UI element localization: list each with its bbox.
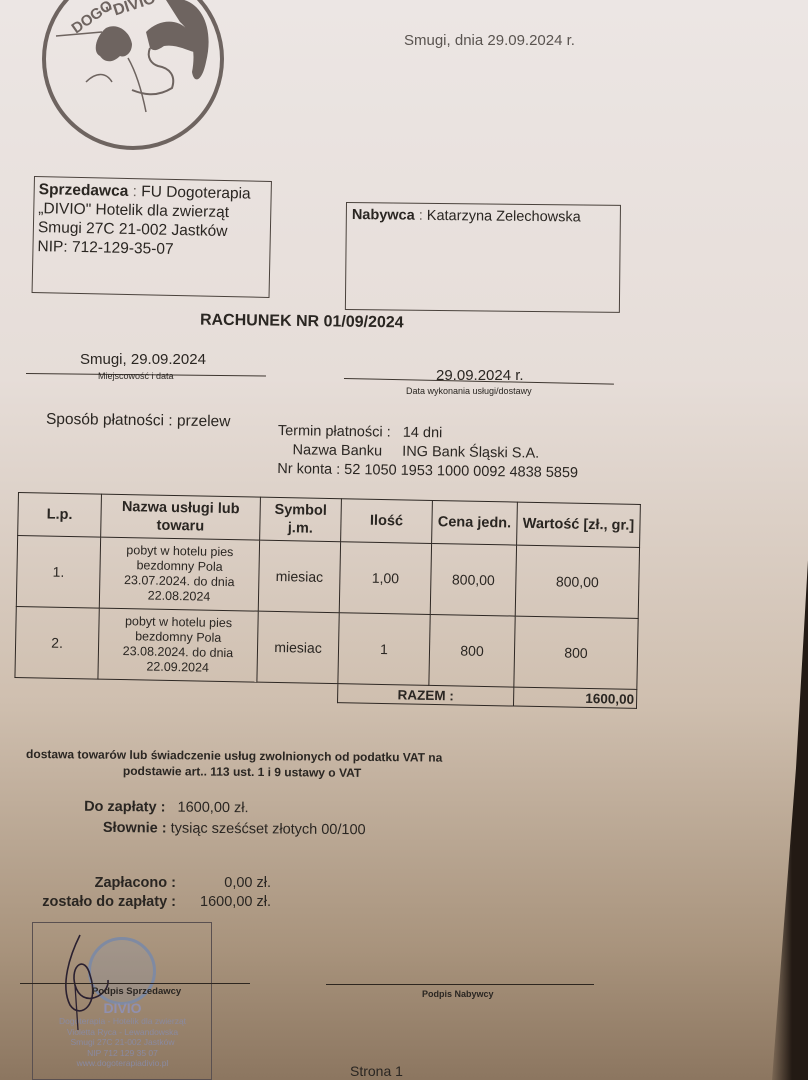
payment-method-value: przelew [177,413,231,431]
col-value: Wartość [zł., gr.] [517,502,641,547]
cell-price: 800,00 [430,543,516,616]
total-value: 1600,00 [513,687,636,708]
amount-due: Do zapłaty : 1600,00 zł. Słownie : tysią… [84,797,366,841]
account-number: 52 1050 1953 1000 0092 4838 5859 [344,462,578,481]
desc-line: pobyt w hotelu pies [103,543,257,561]
stamp-line: NIP 712 129 35 07 [30,1048,215,1059]
col-name: Nazwa usługi lub towaru [101,494,261,540]
due-label: Do zapłaty : [84,797,166,819]
service-date-caption: Data wykonania usługi/dostawy [406,386,532,396]
svg-text:"DIVIO": "DIVIO" [104,0,165,22]
paid-value: 0,00 zł. [176,874,271,893]
cell-desc: pobyt w hotelu pies bezdomny Pola 23.07.… [99,537,259,611]
table-row: 2. pobyt w hotelu pies bezdomny Pola 23.… [15,606,638,689]
buyer-box: Nabywca : Katarzyna Zelechowska [345,202,621,313]
buyer-signature-line [326,984,594,985]
cell-price: 800 [429,614,515,687]
col-price: Cena jedn. [432,500,518,545]
seller-box: Sprzedawca : FU Dogoterapia „DIVIO" Hote… [32,176,272,298]
stamp-line: www.dogoterapiadivio.pl [30,1058,215,1069]
bank-name: ING Bank Śląski S.A. [402,444,539,462]
seller-nip: NIP: 712-129-35-07 [37,237,265,261]
invoice-title: RACHUNEK NR 01/09/2024 [200,312,404,333]
col-lp: L.p. [18,493,102,538]
remaining-label: zostało do zapłaty : [0,893,176,912]
desc-line: pobyt w hotelu pies [101,614,255,632]
remaining-value: 1600,00 zł. [176,893,271,912]
desc-line: 23.08.2024. do dnia [101,644,255,662]
col-qty: Ilość [341,499,433,544]
header-place-date: Smugi, dnia 29.09.2024 r. [404,32,575,49]
stamp-line: Smugi 27C 21-002 Jastków [30,1037,215,1048]
seller-label: Sprzedawca [39,181,129,200]
cell-desc: pobyt w hotelu pies bezdomny Pola 23.08.… [98,608,258,682]
items-table: L.p. Nazwa usługi lub towaru Symbol j.m.… [14,492,641,709]
bank-label: Nazwa Banku [292,442,382,459]
buyer-label: Nabywca [352,207,415,224]
cell-value: 800,00 [515,545,639,618]
cell-qty: 1 [338,613,430,686]
cell-value: 800 [514,616,638,689]
place-and-date: Smugi, 29.09.2024 [80,351,206,368]
account-label: Nr konta : [277,461,340,478]
desc-line: 23.07.2024. do dnia [102,573,256,591]
buyer-name: Katarzyna Zelechowska [427,208,581,226]
words-label: Słownie : [103,818,167,840]
words-value: tysiąc sześćset złotych 00/100 [171,821,366,839]
payment-term: 14 dni [403,425,443,442]
due-value: 1600,00 zł. [177,800,248,817]
total-label: RAZEM : [338,684,514,706]
payment-info: Termin płatności : 14 dni Nazwa Banku IN… [277,422,579,483]
cell-qty: 1,00 [339,542,431,615]
table-row: 1. pobyt w hotelu pies bezdomny Pola 23.… [16,536,639,619]
seller-signature-caption: Podpis Sprzedawcy [92,986,181,997]
page-number: Strona 1 [350,1063,403,1079]
cell-lp: 2. [15,606,99,679]
payment-method-label: Sposób płatności : [46,411,173,430]
cell-lp: 1. [16,536,100,609]
payment-term-label: Termin płatności : [278,423,391,441]
vat-exemption-note: dostawa towarów lub świadczenie usług zw… [26,746,486,782]
seller-signature-line [20,983,250,984]
payment-status: Zapłacono :0,00 zł. zostało do zapłaty :… [0,874,271,912]
place-date-caption: Miejscowość i data [98,371,174,381]
cell-unit: miesiac [258,540,340,613]
desc-line: 22.08.2024 [102,588,256,606]
seller-name-line1: FU Dogoterapia [141,183,251,202]
handwritten-signature-icon [30,925,150,1035]
col-unit: Symbol j.m. [260,497,342,542]
desc-line: 22.09.2024 [101,659,255,677]
cell-unit: miesiac [257,611,339,684]
payment-method: Sposób płatności : przelew [46,411,231,432]
paid-label: Zapłacono : [0,874,176,893]
dog-therapy-logo-icon: DOGO "DIVIO" [42,0,224,150]
buyer-signature-caption: Podpis Nabywcy [422,989,494,999]
